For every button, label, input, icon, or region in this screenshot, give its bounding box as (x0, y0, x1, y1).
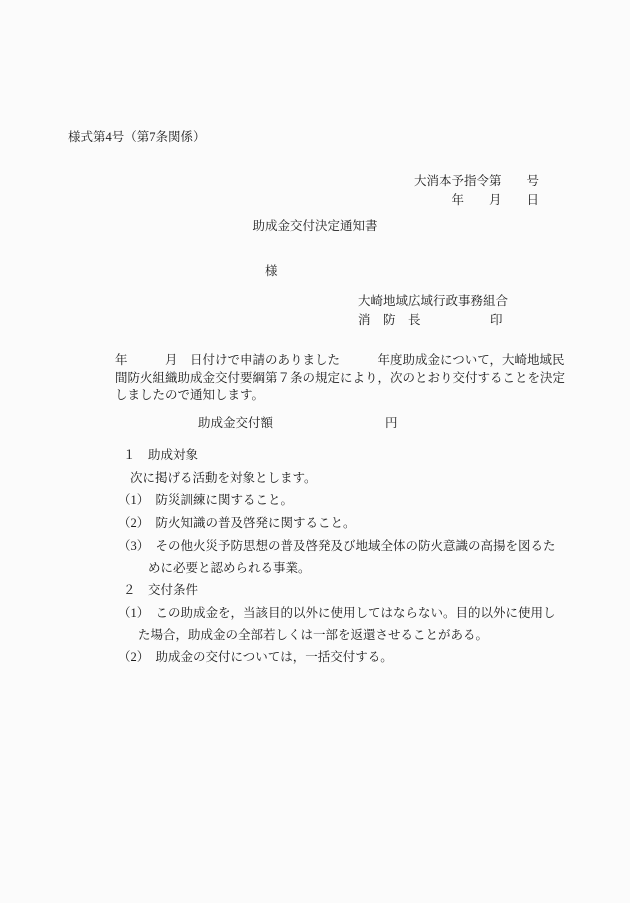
amount-label: 助成金交付額 (198, 417, 273, 430)
amount-unit: 円 (385, 417, 398, 430)
sender-role: 消 防 長 (358, 314, 421, 327)
section-2-item-1-line-2: た場合，助成金の全部若しくは一部を返還させることがある。 (138, 629, 488, 642)
section-1-item-3-line-1: （3） その他火災予防思想の普及啓発及び地域全体の防火意識の高揚を図るた (118, 540, 556, 553)
section-1-item-1: （1） 防災訓練に関すること。 (118, 494, 293, 507)
section-1-intro: 次に掲げる活動を対象とします。 (130, 472, 317, 485)
addressee-honorific: 様 (265, 265, 278, 278)
section-1-heading: １ 助成対象 (123, 449, 198, 462)
section-1-item-2: （2） 防火知識の普及啓発に関すること。 (118, 517, 356, 530)
body-line-2: 間防火組織助成金交付要綱第７条の規定により，次のとおり交付することを決定 (115, 372, 565, 385)
reference-number-line: 大消本予指令第 号 (414, 175, 539, 188)
form-number: 様式第4号（第7条関係） (68, 131, 206, 144)
seal-mark: 印 (490, 314, 503, 327)
document-title: 助成金交付決定通知書 (0, 220, 630, 233)
date-line: 年 月 日 (451, 194, 539, 207)
sender-organization: 大崎地域広域行政事務組合 (358, 295, 508, 308)
body-line-1: 年 月 日付けで申請のありました 年度助成金について，大崎地域民 (115, 354, 565, 367)
section-2-item-1-line-1: （1） この助成金を，当該目的以外に使用してはならない。目的以外に使用し (118, 607, 556, 620)
section-2-heading: ２ 交付条件 (123, 584, 198, 597)
section-2-item-2: （2） 助成金の交付については，一括交付する。 (118, 651, 393, 664)
section-1-item-3-line-2: めに必要と認められる事業。 (148, 562, 311, 575)
document-page: 様式第4号（第7条関係） 大消本予指令第 号 年 月 日 助成金交付決定通知書 … (0, 0, 630, 903)
body-line-3: しましたので通知します。 (115, 389, 264, 402)
